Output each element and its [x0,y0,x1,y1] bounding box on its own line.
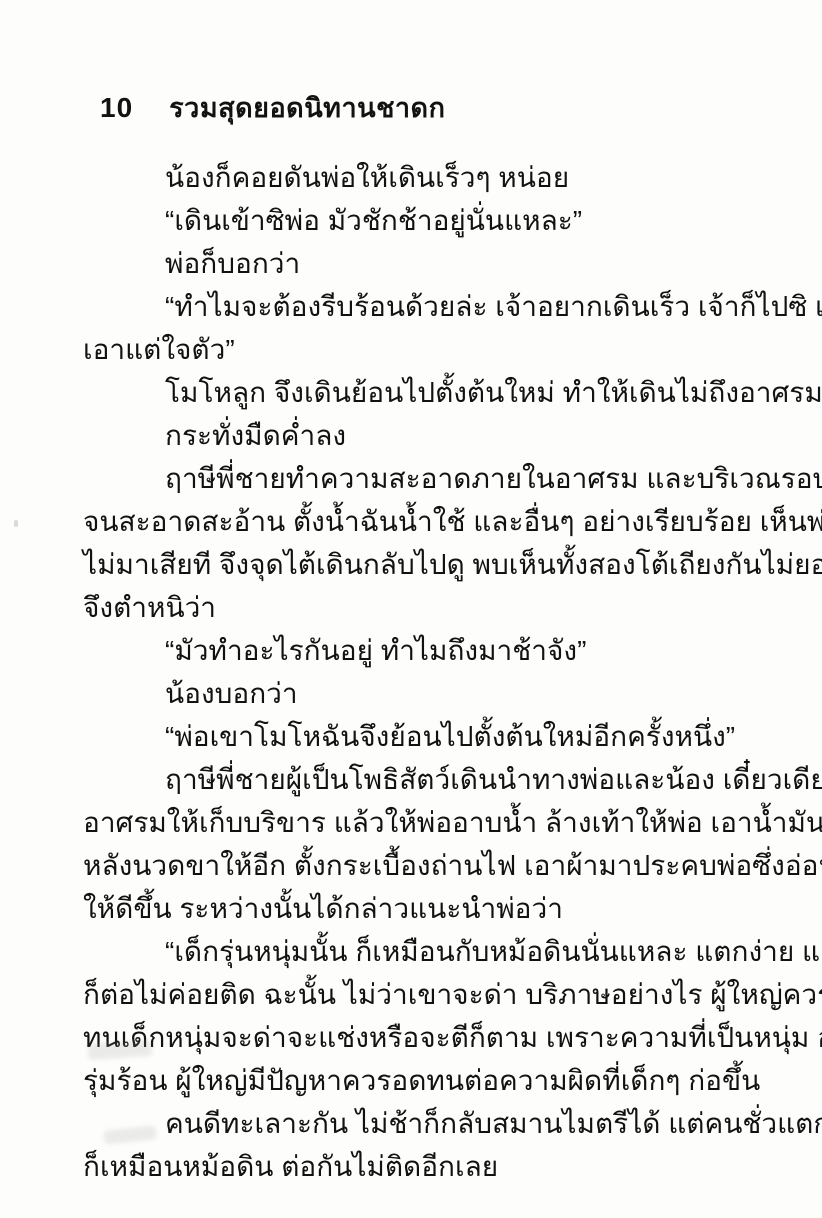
text-line: “เดินเข้าซิพ่อ มัวชักช้าอยู่นั่นแหละ” [83,199,755,242]
text-line: น้องบอกว่า [83,672,755,715]
text-line: จนสะอาดสะอ้าน ตั้งน้ำฉันน้ำใช้ และอื่นๆ … [83,500,755,543]
text-line: ฤาษีพี่ชายผู้เป็นโพธิสัตว์เดินนำทางพ่อแล… [83,758,755,801]
text-line: หลังนวดขาให้อีก ตั้งกระเบื้องถ่านไฟ เอาผ… [83,844,755,887]
book-page: 10 รวมสุดยอดนิทานชาดก น้องก็คอยดันพ่อให้… [0,0,822,1218]
text-line: จึงตำหนิว่า [83,586,755,629]
text-line: รุ่มร้อน ผู้ใหญ่มีปัญหาควรอดทนต่อความผิด… [83,1059,755,1102]
text-line: ให้ดีขึ้น ระหว่างนั้นได้กล่าวแนะนำพ่อว่า [83,887,755,930]
text-line: “เด็กรุ่นหนุ่มนั้น ก็เหมือนกับหม้อดินนั่… [83,930,755,973]
book-title: รวมสุดยอดนิทานชาดก [169,86,445,129]
page-number: 10 [100,92,133,124]
text-line: ฤาษีพี่ชายทำความสะอาดภายในอาศรม และบริเว… [83,457,755,500]
text-line: ไม่มาเสียที จึงจุดไต้เดินกลับไปดู พบเห็น… [83,543,755,586]
text-line: เอาแต่ใจตัว” [83,328,755,371]
page-header: 10 รวมสุดยอดนิทานชาดก [100,86,445,129]
text-line: “พ่อเขาโมโหฉันจึงย้อนไปตั้งต้นใหม่อีกครั… [83,715,755,758]
text-line: น้องก็คอยดันพ่อให้เดินเร็วๆ หน่อย [83,156,755,199]
text-line: ก็เหมือนหม้อดิน ต่อกันไม่ติดอีกเลย [83,1145,755,1188]
text-line: กระทั่งมืดค่ำลง [83,414,755,457]
text-line: ทนเด็กหนุ่มจะด่าจะแช่งหรือจะตีก็ตาม เพรา… [83,1016,755,1059]
text-line: “มัวทำอะไรกันอยู่ ทำไมถึงมาช้าจัง” [83,629,755,672]
text-line: ก็ต่อไม่ค่อยติด ฉะนั้น ไม่ว่าเขาจะด่า บร… [83,973,755,1016]
text-line: “ทำไมจะต้องรีบร้อนด้วยล่ะ เจ้าอยากเดินเร… [83,285,755,328]
text-line: พ่อก็บอกว่า [83,242,755,285]
text-line: โมโหลูก จึงเดินย้อนไปตั้งต้นใหม่ ทำให้เด… [83,371,755,414]
text-line: คนดีทะเลาะกัน ไม่ช้าก็กลับสมานไมตรีได้ แ… [83,1102,755,1145]
scan-speck [14,520,18,527]
text-line: อาศรมให้เก็บบริขาร แล้วให้พ่ออาบน้ำ ล้าง… [83,801,755,844]
body-text: น้องก็คอยดันพ่อให้เดินเร็วๆ หน่อย“เดินเข… [83,156,755,1188]
